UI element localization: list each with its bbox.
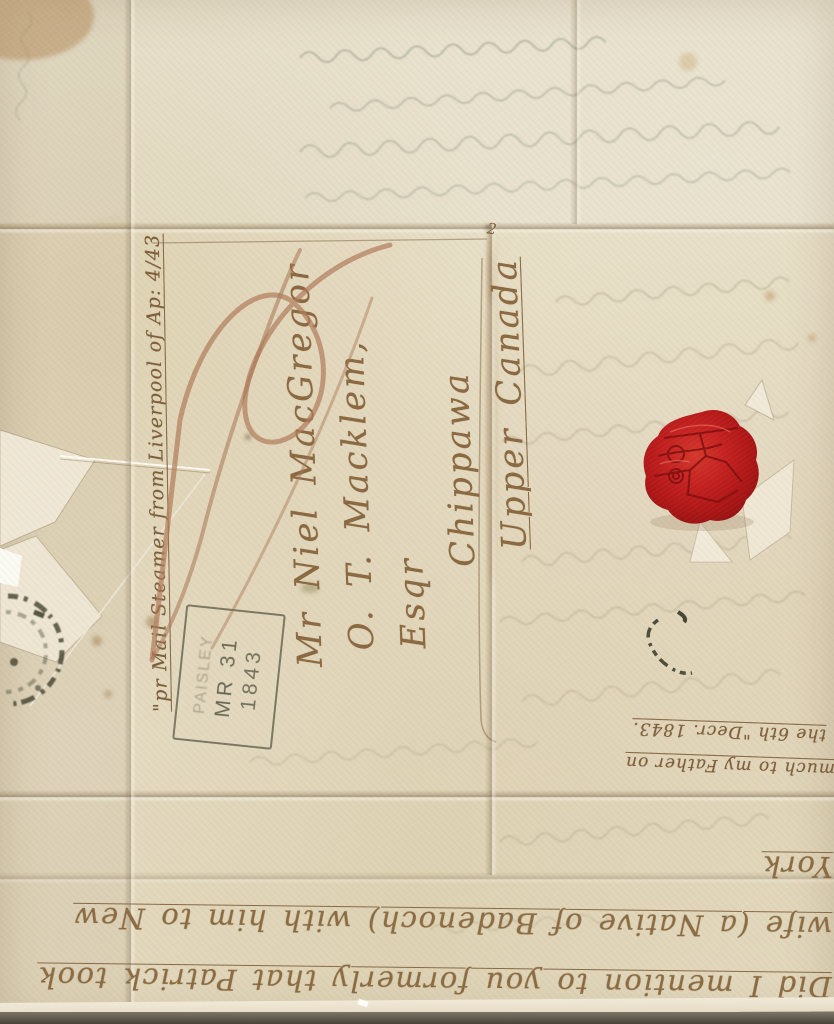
paper-grain xyxy=(0,0,834,1024)
letter-photo: Mr Niel MacGregor O. T. Macklem, Esqr Ch… xyxy=(0,0,834,1024)
bottom-shadow xyxy=(0,1012,834,1024)
